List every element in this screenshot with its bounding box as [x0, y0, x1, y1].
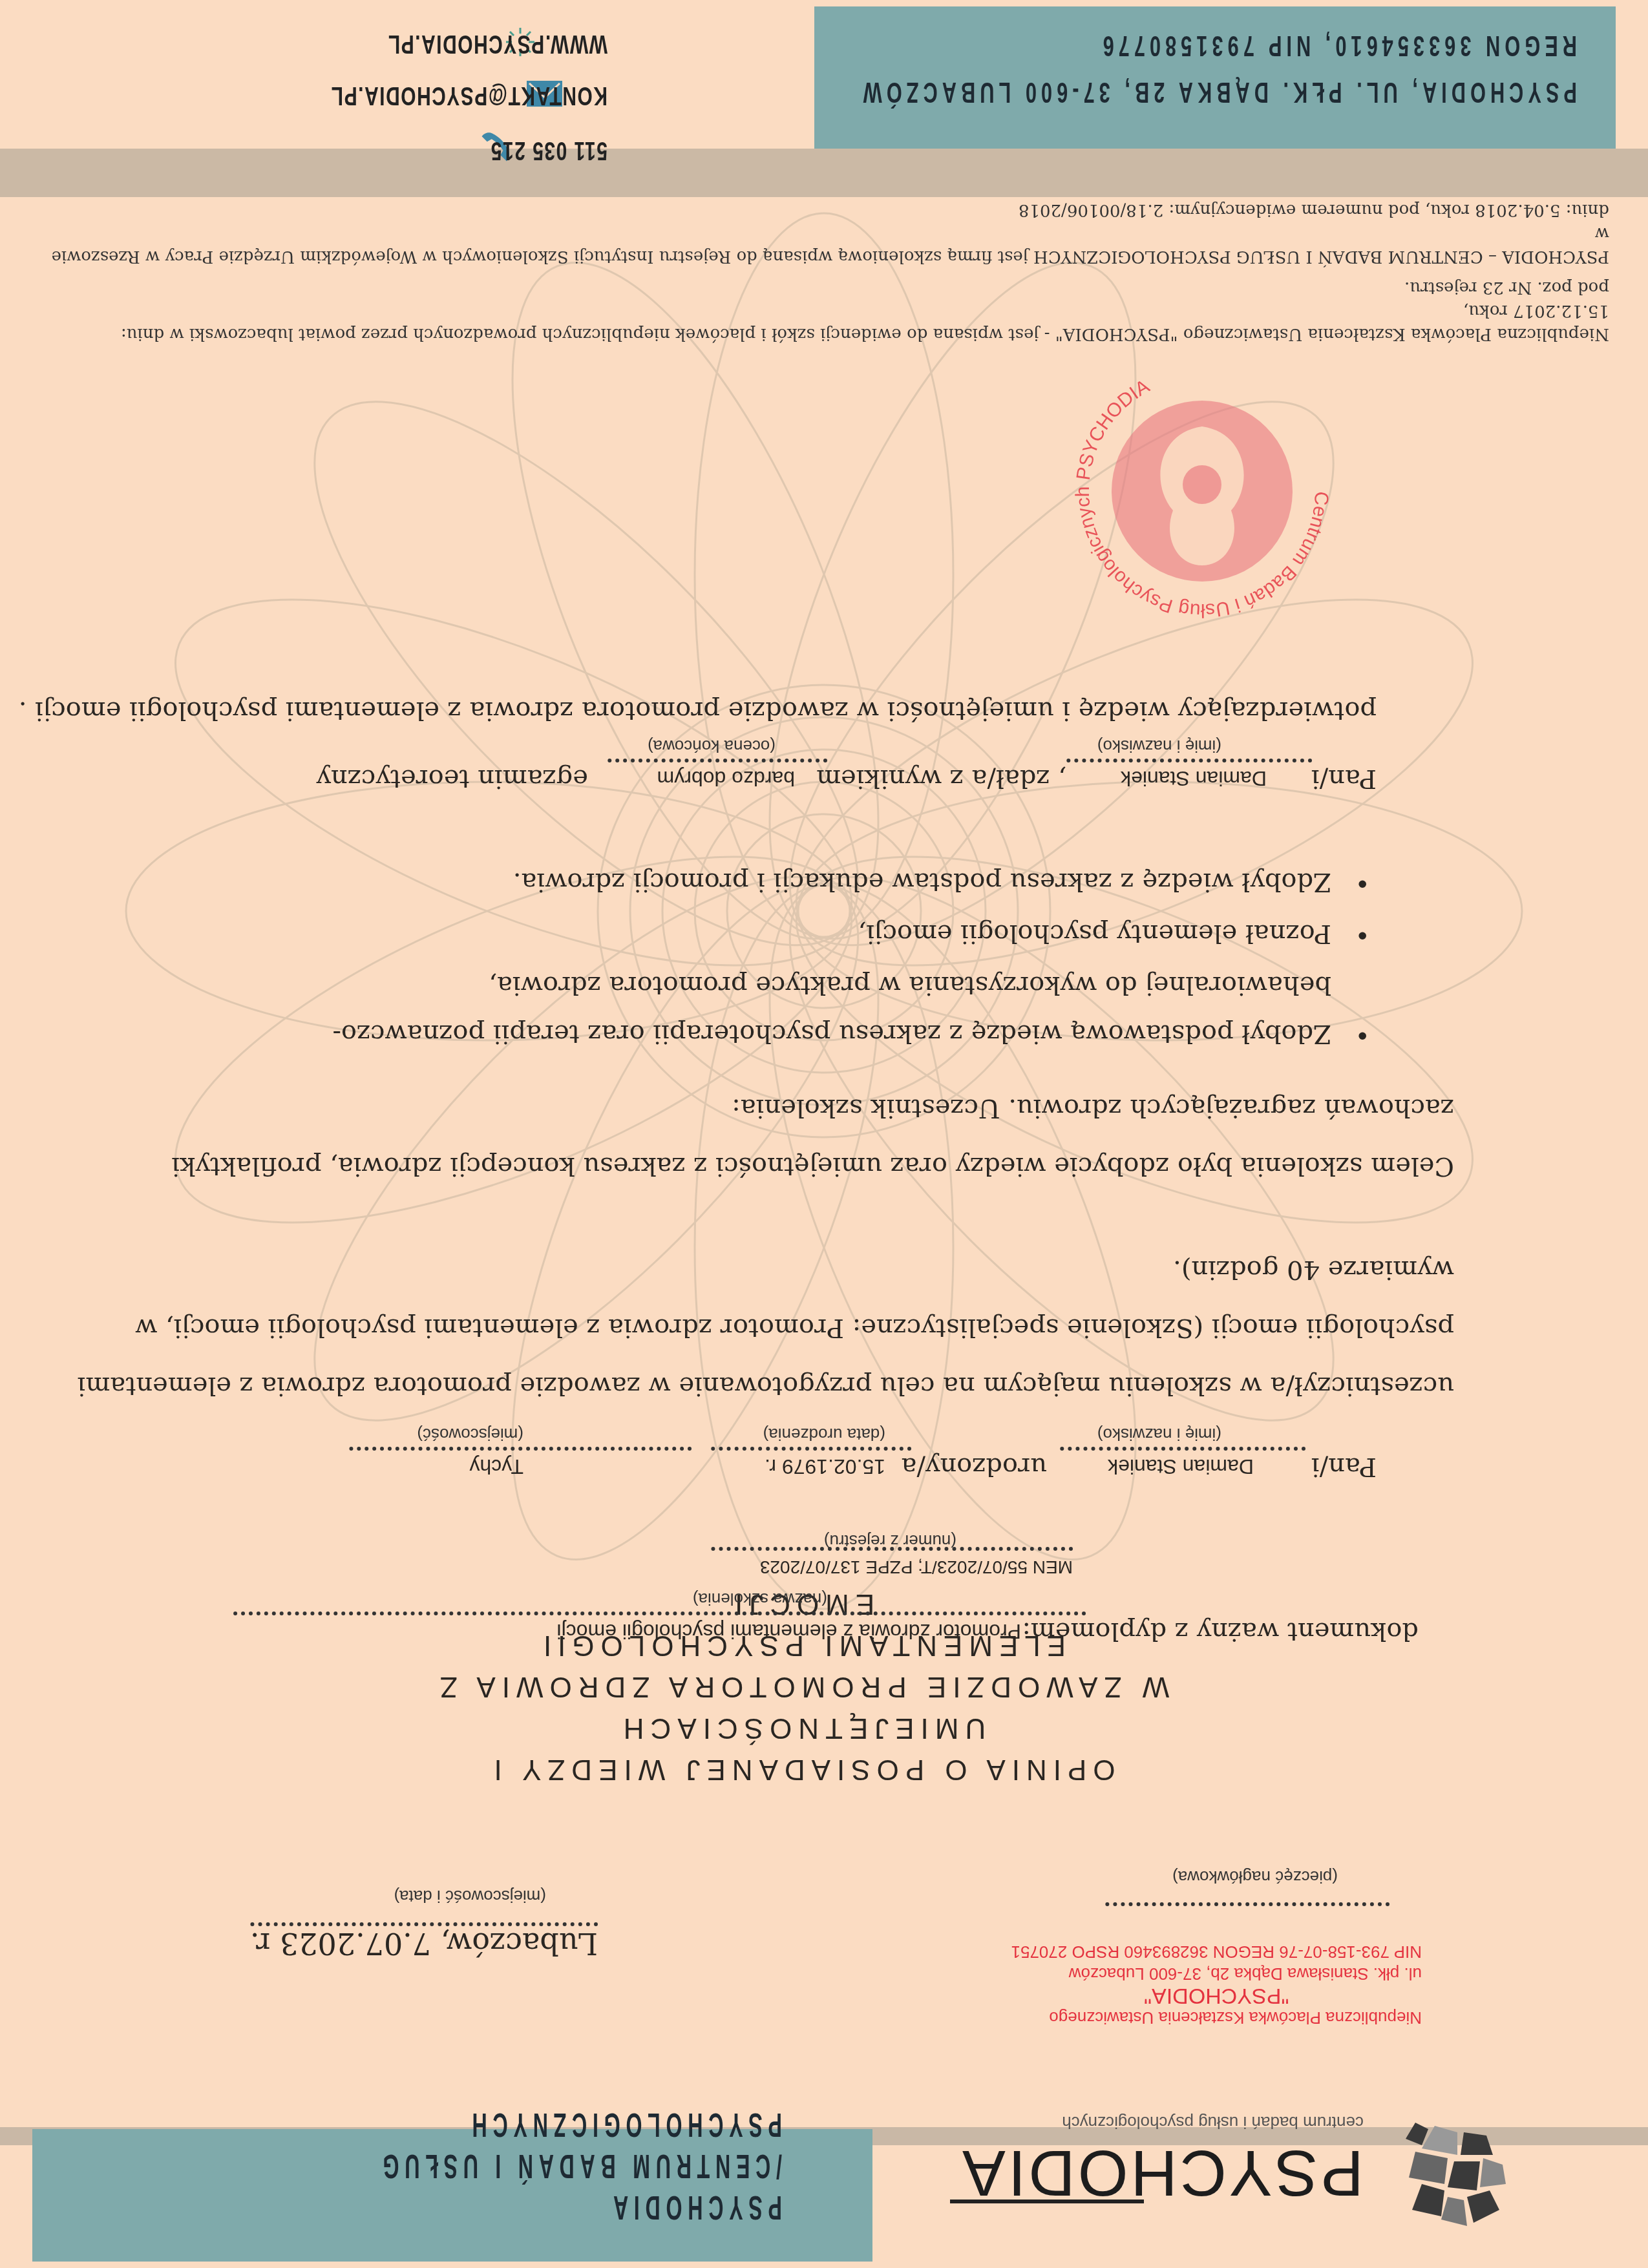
place-date-caption: (miejscowość i data)	[394, 1886, 546, 1906]
certificate-page: PSYCHODIA centrum badań i usług psycholo…	[0, 0, 1648, 2268]
footer-gray-band	[0, 149, 1648, 197]
participant-label: Pan/i	[1311, 1451, 1377, 1483]
bullet-dot: •	[1355, 1020, 1370, 1050]
legal-line1: Niepubliczna Placówka Kształcenia Ustawi…	[45, 299, 1609, 346]
result-grade: bardzo dobrym	[607, 759, 827, 795]
title-line1: OPINIA O POSIADANEJ WIEDZY I UMIEJĘTNOŚC…	[317, 1707, 1286, 1790]
bullet-dot: •	[1355, 868, 1370, 898]
contact-phone[interactable]: 511 035 215	[490, 136, 607, 165]
birth-place-caption: (miejscowość)	[417, 1424, 523, 1444]
address-line2: REGON 363354610, NIP 7931580776	[859, 22, 1577, 68]
org-name-line1: PSYCHODIA	[377, 2187, 782, 2228]
org-name-line2: /CENTRUM BADAŃ I USŁUG	[377, 2145, 782, 2187]
bullet-1: Zdobył podstawową wiedzę z zakresu psych…	[333, 1018, 1332, 1050]
address-line1: PSYCHODIA, UL. PŁK. DĄBKA 2B, 37-600 LUB…	[859, 68, 1577, 115]
born-label: urodzony/a	[902, 1451, 1047, 1483]
participant-name-caption: (imię i nazwisko)	[1097, 1424, 1221, 1444]
bullet-3: Zdobył wiedzę z zakresu podstaw edukacji…	[513, 866, 1331, 898]
body-p1-line2: psychologii emocji (Szkolenie specjalist…	[135, 1312, 1454, 1344]
result-grade-caption: (ocena końcowa)	[648, 736, 776, 756]
footer-legal: Niepubliczna Placówka Kształcenia Ustawi…	[45, 198, 1609, 346]
birth-date: 15.02.1979 r.	[711, 1447, 911, 1483]
contact-email[interactable]: KONTAKT@PSYCHODIA.PL	[330, 81, 607, 110]
legal-line4: dniu: 5.04.2018 roku, pod numerem ewiden…	[45, 198, 1609, 222]
footer-address-band: PSYCHODIA, UL. PŁK. DĄBKA 2B, 37-600 LUB…	[814, 6, 1616, 149]
course-caption: (nazwa szkolenia)	[693, 1589, 827, 1609]
result-passed: , zdał/a z wynikiem	[816, 762, 1066, 795]
brand-tagline: centrum badań i usług psychologicznych	[1062, 2112, 1364, 2132]
stamp-line4: NIP 793-158-07-76 REGON 362893460 RSPO 2…	[1011, 1941, 1422, 1963]
org-name-line3: PSYCHOLOGICZNYCH	[377, 2104, 782, 2145]
body-p1-line3: wymiarze 40 godzin).	[1173, 1254, 1454, 1286]
legal-line2: pod poz. Nr 23 rejestru.	[45, 276, 1609, 299]
stamp-line2: "PSYCHODIA"	[1011, 1985, 1422, 2007]
registry-caption: (numer z rejestru)	[824, 1531, 956, 1551]
result-name: Damian Staniek	[1066, 759, 1312, 795]
body-p1-line1: uczestniczył/a w szkoleniu mającym na ce…	[78, 1370, 1454, 1402]
stamp-caption: (pieczęć nagłówkowa)	[1172, 1867, 1338, 1887]
registry-number: MEN 55/07/2023/T; PZPE 137/07/2023	[711, 1547, 1073, 1583]
stamp-line1: Niepubliczna Placówka Kształcenia Ustawi…	[1011, 2007, 1422, 2029]
body-p2-line1: Celem szkolenia było zdobycie wiedzy ora…	[171, 1150, 1454, 1182]
result-exam: egzamin teoretyczny	[316, 762, 588, 795]
result-name-caption: (imię i nazwisko)	[1097, 736, 1221, 756]
birth-place: Tychy	[349, 1447, 692, 1483]
contact-website[interactable]: WWW.PSYCHODIA.PL	[387, 29, 607, 58]
stamp-dotted-line	[1105, 1902, 1389, 1906]
psychodia-logo-icon	[1389, 2119, 1519, 2236]
body-p2-line2: zachowań zagrażających zdrowiu. Uczestni…	[732, 1092, 1454, 1124]
round-stamp-icon: Centrum Badań i Usług Psychologicznych P…	[1066, 355, 1338, 627]
brand-name: PSYCHODIA	[960, 2136, 1364, 2210]
place-date-value: Lubaczów, 7.07.2023 r.	[250, 1922, 598, 1961]
bullet-2: Poznał elementy psychologii emocji,	[858, 918, 1331, 950]
bullet-dot: •	[1355, 920, 1370, 950]
result-line2: potwierdzający wiedzę i umiejętności w z…	[19, 695, 1377, 727]
result-label: Pan/i	[1311, 762, 1377, 795]
participant-name: Damian Staniek	[1060, 1447, 1305, 1483]
stamp-line3: ul. płk. Stanisława Dąbka 2b, 37-600 Lub…	[1011, 1963, 1422, 1985]
course-name: Promotor zdrowia z elementami psychologi…	[233, 1612, 1086, 1648]
bullet-1-cont: behawioralnej do wykorzystania w praktyc…	[489, 969, 1331, 1002]
legal-line3: PSYCHODIA – CENTRUM BADAŃ I USŁUG PSYCHO…	[45, 222, 1609, 268]
header-org-band: PSYCHODIA /CENTRUM BADAŃ I USŁUG PSYCHOL…	[32, 2129, 872, 2262]
letterhead-stamp: Niepubliczna Placówka Kształcenia Ustawi…	[1011, 1941, 1422, 2029]
birth-date-caption: (data urodzenia)	[763, 1424, 885, 1444]
brand-underline	[950, 2200, 1144, 2203]
